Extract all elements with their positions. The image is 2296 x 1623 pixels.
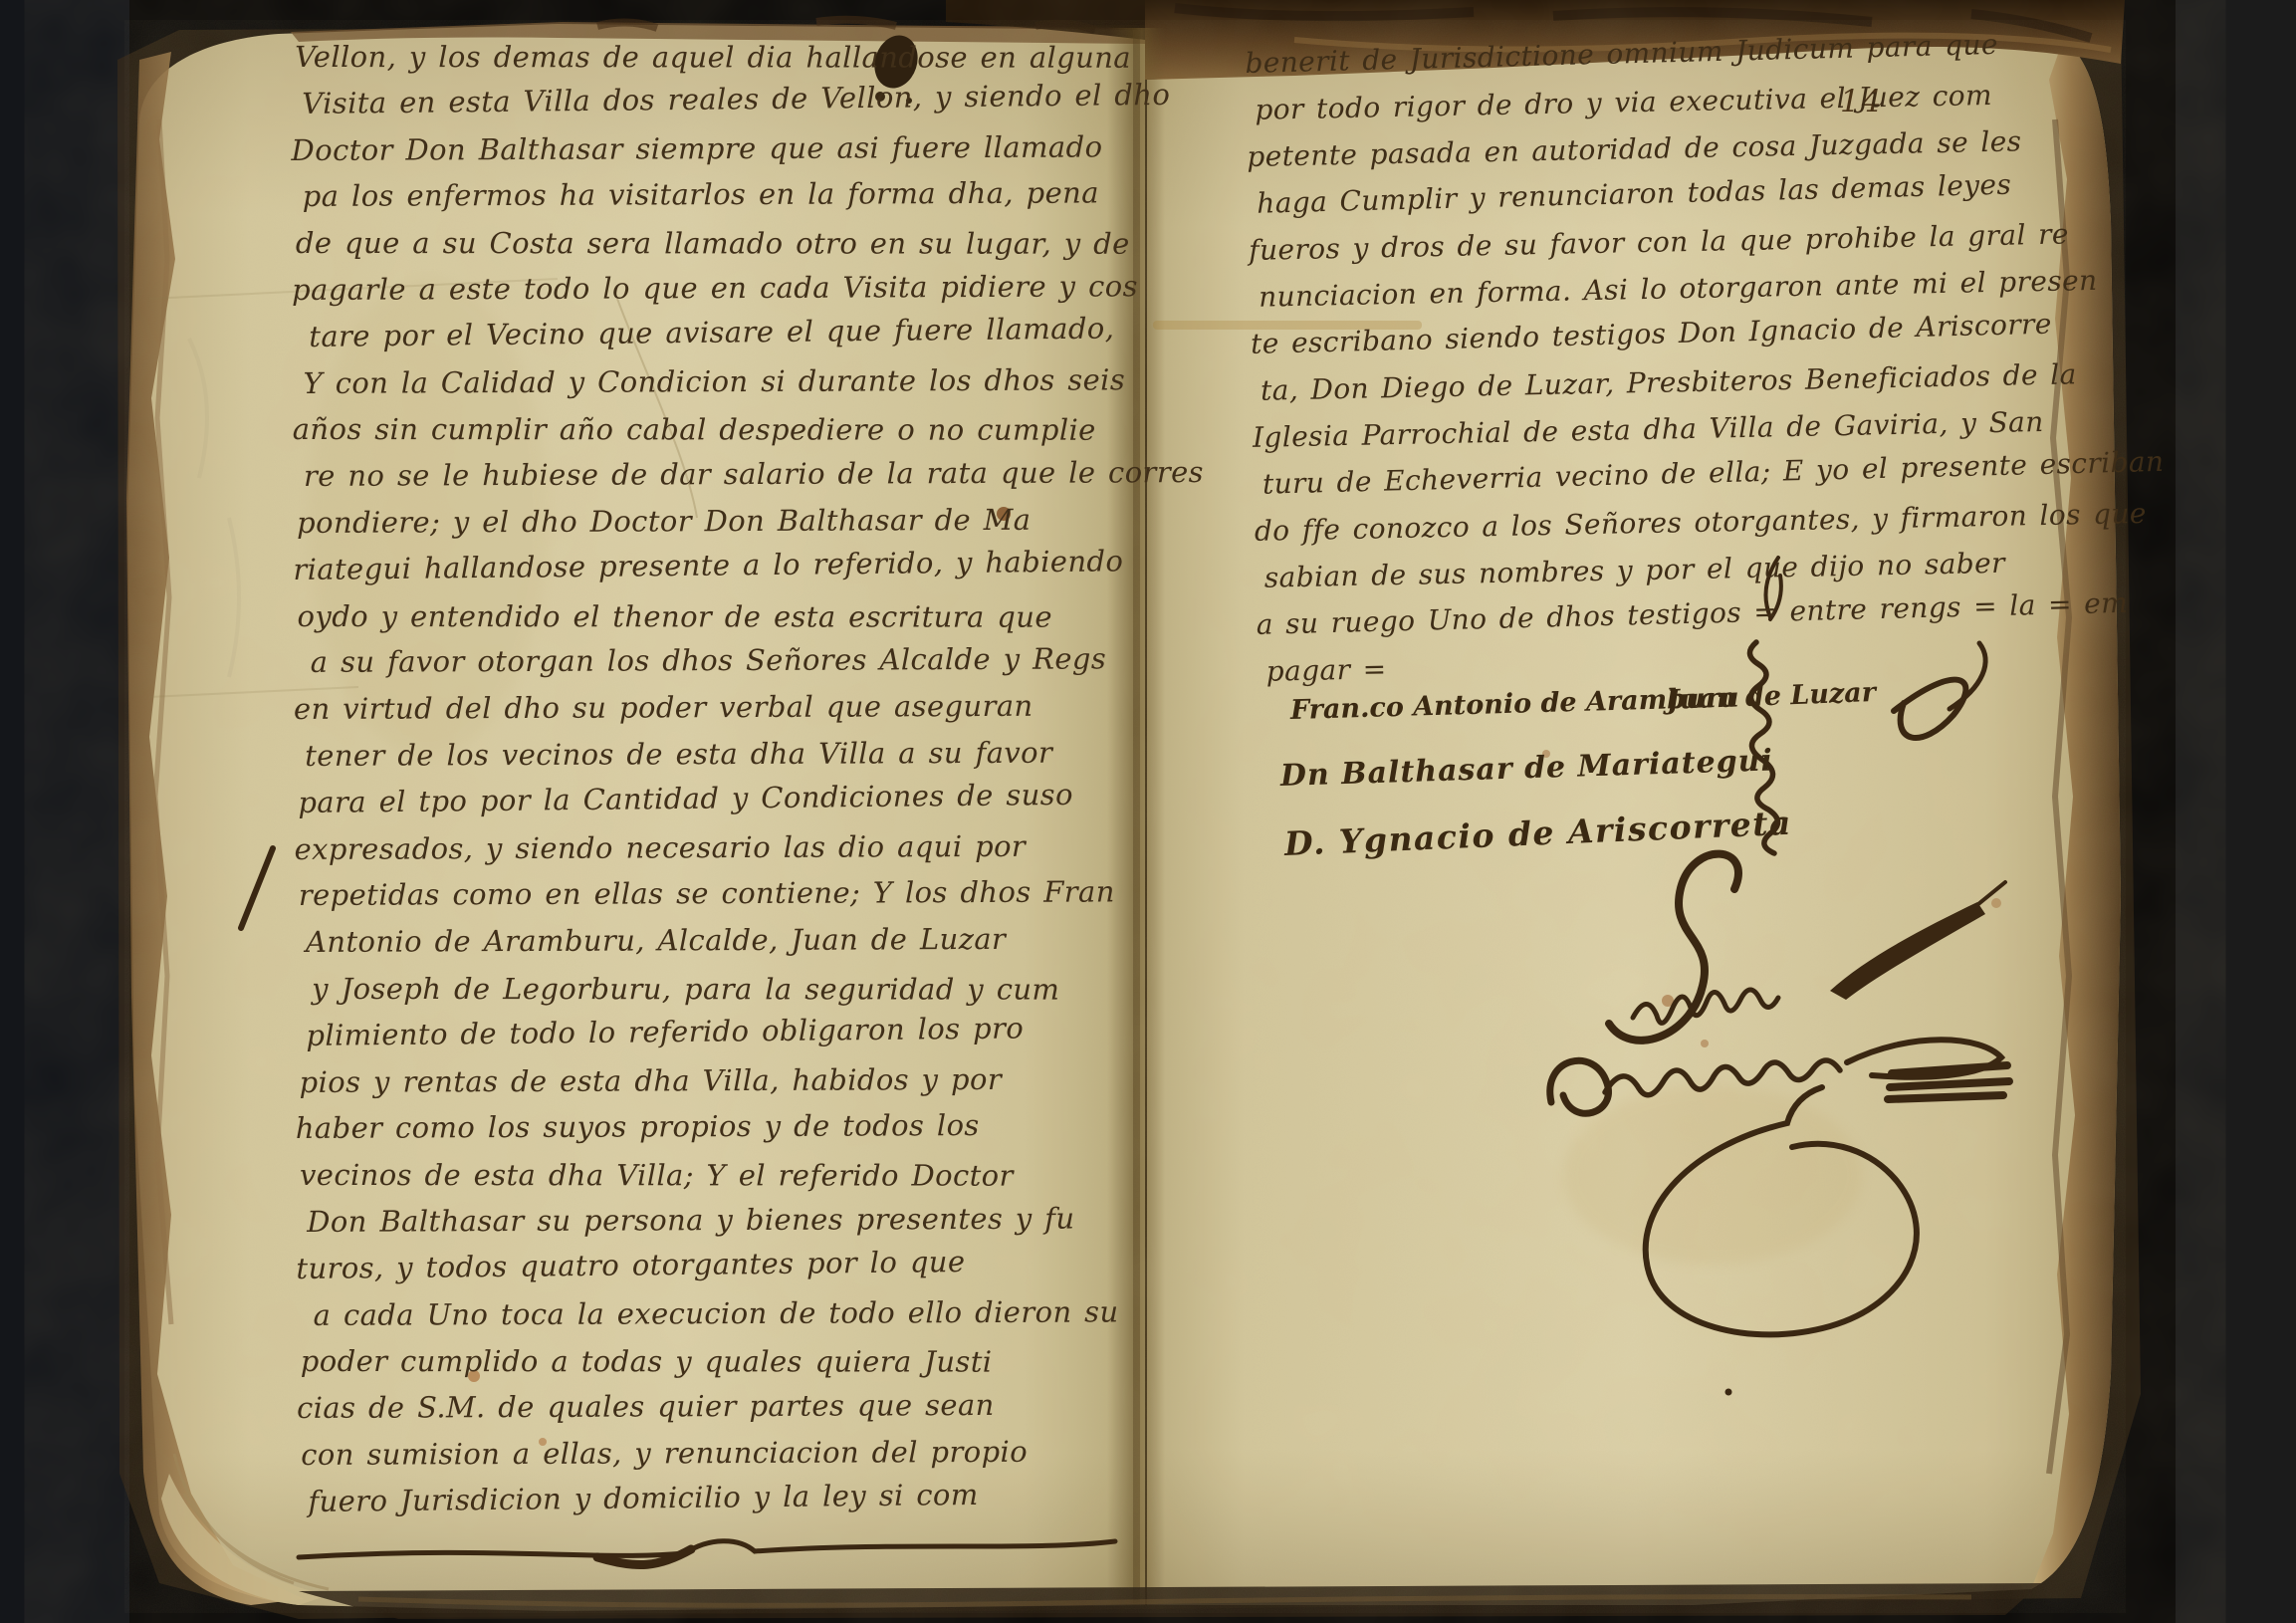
right-page-text: benerit de Jurisdictione omnium Judicum … [1245, 24, 2074, 695]
manuscript-line: Doctor Don Balthasar siempre que asi fue… [291, 123, 1131, 173]
manuscript-photo: 14 Vellon, y los demas de aquel dia hall… [0, 0, 2296, 1623]
manuscript-line: a cada Uno toca la execucion de todo ell… [314, 1288, 1137, 1338]
manuscript-line: haber como los suyos propios y de todos … [296, 1102, 1136, 1152]
manuscript-line: Visita en esta Villa dos reales de Vello… [302, 72, 1131, 127]
manuscript-line: riategui hallandose presente a lo referi… [293, 538, 1133, 593]
left-page-text: Vellon, y los demas de aquel dia halland… [295, 30, 1138, 1524]
manuscript-line: pa los enfermos ha visitarlos en la form… [303, 170, 1132, 220]
manuscript-line: re no se le hubiese de dar salario de la… [304, 450, 1133, 500]
manuscript-line: fuero Jurisdicion y domicilio y la ley s… [308, 1470, 1137, 1525]
manuscript-line: para el tpo por la Cantidad y Condicione… [298, 771, 1134, 826]
manuscript-line: años sin cumplir año cabal despediere o … [293, 406, 1133, 454]
manuscript-line: a su favor otorgan los dhos Señores Alca… [311, 636, 1134, 686]
manuscript-line: tare por el Vecino que avisare el que fu… [309, 305, 1132, 359]
manuscript-line: cias de S.M. de quales quier partes que … [297, 1381, 1137, 1431]
manuscript-line: plimiento de todo lo referido obligaron … [306, 1004, 1135, 1059]
manuscript-line: poder cumplido a todas y quales quiera J… [301, 1338, 1137, 1386]
manuscript-line: pios y rentas de esta dha Villa, habidos… [299, 1055, 1135, 1105]
manuscript-line: en virtud del dho su poder verbal que as… [294, 682, 1134, 732]
manuscript-line: Antonio de Aramburu, Alcalde, Juan de Lu… [306, 915, 1135, 965]
manuscript-line: de que a su Costa sera llamado otro en s… [296, 220, 1132, 268]
manuscript-line: repetidas como en ellas se contiene; Y l… [299, 869, 1135, 919]
manuscript-line: expresados, y siendo necesario las dio a… [294, 822, 1134, 872]
manuscript-line: oydo y entendido el thenor de esta escri… [298, 593, 1134, 641]
manuscript-line: vecinos de esta dha Villa; Y el referido… [300, 1152, 1136, 1200]
manuscript-line: Y con la Calidad y Condicion si durante … [303, 356, 1132, 406]
manuscript-line: turos, y todos quatro otorgantes por lo … [296, 1237, 1136, 1292]
